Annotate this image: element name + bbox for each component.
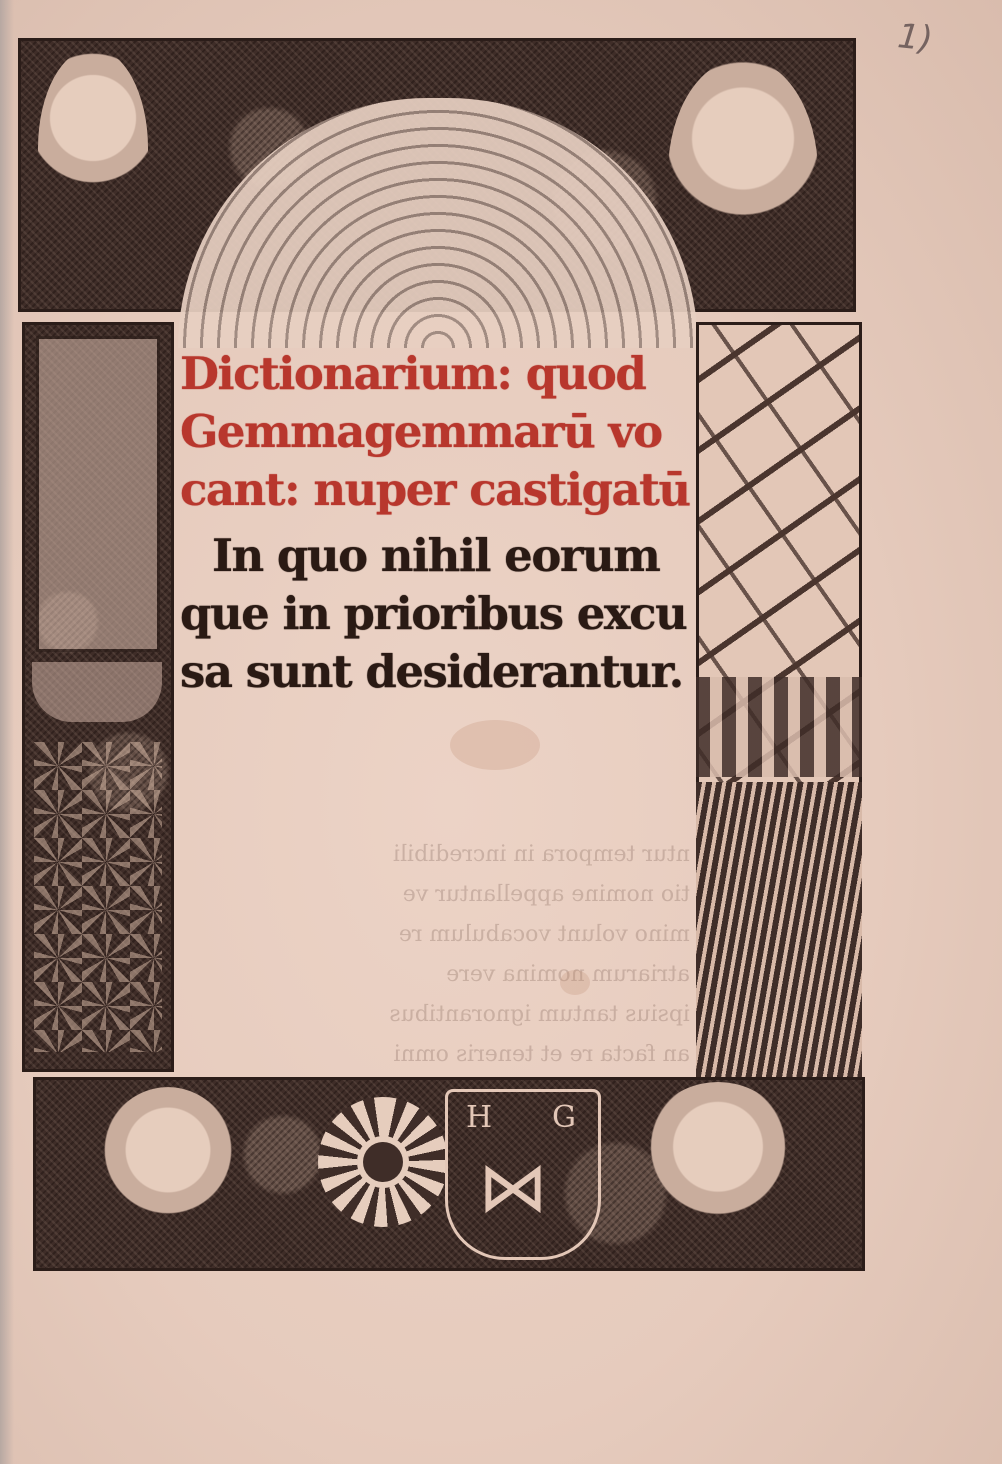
title-line-2: Gemmagemmarū vo xyxy=(180,403,690,461)
show-through-line: ntur tempora in incredibili xyxy=(185,835,690,875)
show-through-line: an facta re et teneris omni xyxy=(185,1035,690,1075)
printer-initial-h: H xyxy=(466,1100,492,1135)
subtitle-line-2: que in prioribus excu xyxy=(180,585,690,643)
page-edge-shadow xyxy=(0,0,14,1464)
winged-putto-figure-bottom-right-icon xyxy=(633,1082,803,1267)
floral-lattice-panel xyxy=(34,742,162,1052)
winged-putto-figure-right-icon xyxy=(668,58,818,288)
vase-ornament-panel xyxy=(36,336,160,652)
woodcut-left-column xyxy=(22,322,174,1072)
paper-stain xyxy=(450,720,540,770)
printer-monogram-icon: ⋈ xyxy=(478,1152,548,1222)
woodcut-bottom-panel: H G ⋈ xyxy=(33,1077,865,1271)
handwritten-page-number: 1) xyxy=(890,16,939,110)
putto-figure-bottom-left-icon xyxy=(93,1087,243,1267)
scroll-ornament xyxy=(178,98,698,348)
title-line-3: cant: nuper castigatū xyxy=(180,461,690,519)
subtitle-line-1: In quo nihil eorum xyxy=(180,527,690,585)
paper-stain xyxy=(560,970,590,995)
show-through-line: tio nomine appellantur ve xyxy=(185,875,690,915)
printer-initial-g: G xyxy=(552,1100,576,1135)
column-capital xyxy=(32,662,162,722)
show-through-line: atriarum nomina vere xyxy=(185,955,690,995)
show-through-line: mino volunt vocabulum re xyxy=(185,915,690,955)
show-through-line: ipsius tantum ignorantibus xyxy=(185,995,690,1035)
woodcut-top-panel xyxy=(18,38,856,312)
title-block: Dictionarium: quod Gemmagemmarū vo cant:… xyxy=(180,345,690,701)
column-band xyxy=(696,677,862,777)
fluted-column-base xyxy=(696,782,862,1077)
rosette-flower-icon xyxy=(318,1097,448,1227)
subtitle-line-3: sa sunt desiderantur. xyxy=(180,643,690,701)
putto-figure-left-icon xyxy=(38,48,148,248)
woodcut-right-column xyxy=(696,322,862,1077)
title-line-1: Dictionarium: quod xyxy=(180,345,690,403)
printer-mark-shield: H G ⋈ xyxy=(445,1089,601,1260)
show-through-text: ntur tempora in incredibili tio nomine a… xyxy=(185,835,690,1075)
